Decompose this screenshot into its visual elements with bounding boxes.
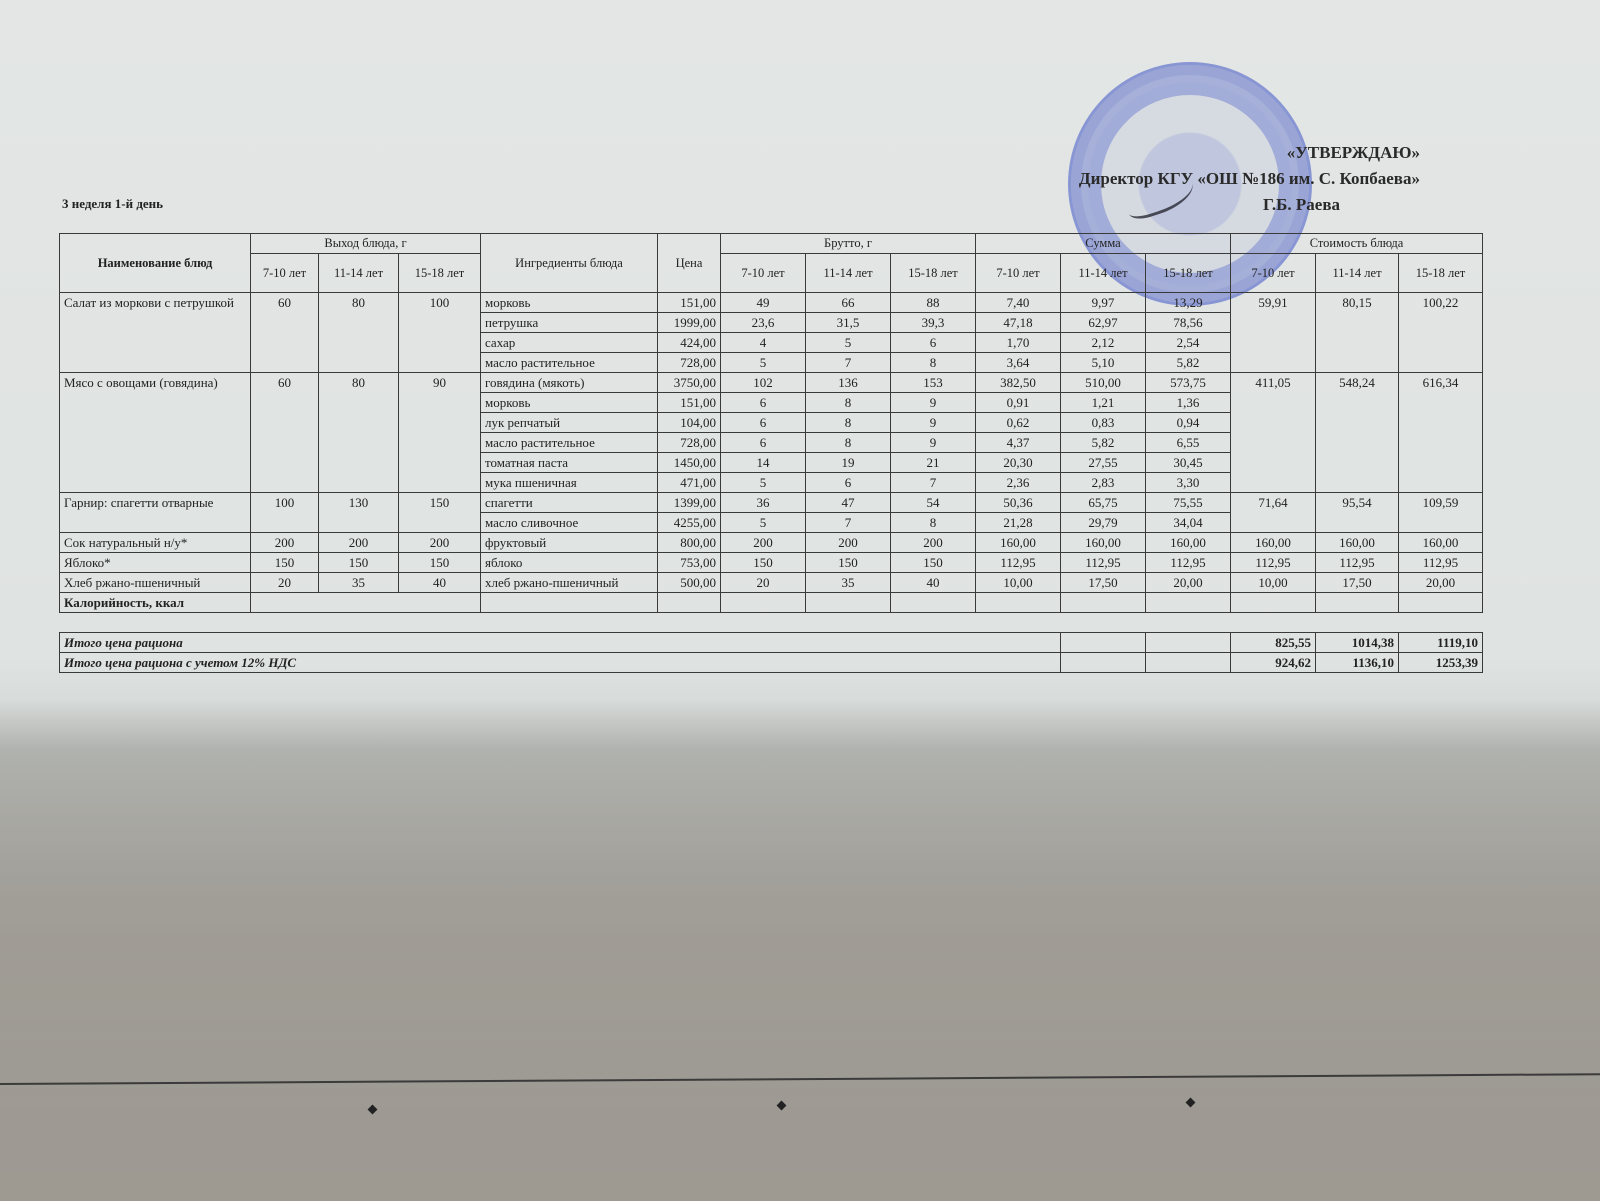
ingredient-price: 471,00 bbox=[658, 473, 721, 493]
ingredient-brutto: 47 bbox=[806, 493, 891, 513]
ingredient-brutto: 6 bbox=[721, 393, 806, 413]
calories-cell bbox=[481, 593, 658, 613]
ingredient-sum: 1,70 bbox=[976, 333, 1061, 353]
calories-label: Калорийность, ккал bbox=[60, 593, 251, 613]
dish-name: Сок натуральный н/у* bbox=[60, 533, 251, 553]
ingredient-sum: 75,55 bbox=[1146, 493, 1231, 513]
menu-table: Наименование блюд Выход блюда, г Ингреди… bbox=[59, 233, 1483, 613]
header-ingredients: Ингредиенты блюда bbox=[481, 234, 658, 293]
ingredient-sum: 47,18 bbox=[976, 313, 1061, 333]
approval-title: «УТВЕРЖДАЮ» bbox=[1079, 140, 1420, 166]
totals-empty-cell bbox=[1146, 653, 1231, 673]
ingredient-brutto: 150 bbox=[721, 553, 806, 573]
ingredient-price: 500,00 bbox=[658, 573, 721, 593]
ingredient-sum: 0,94 bbox=[1146, 413, 1231, 433]
dish-yield: 150 bbox=[251, 553, 319, 573]
totals-empty-cell bbox=[1061, 633, 1146, 653]
ingredient-brutto: 5 bbox=[721, 513, 806, 533]
ingredient-price: 104,00 bbox=[658, 413, 721, 433]
ingredient-price: 424,00 bbox=[658, 333, 721, 353]
ingredient-name: масло растительное bbox=[481, 353, 658, 373]
ingredient-name: хлеб ржано-пшеничный bbox=[481, 573, 658, 593]
header-brutto-age: 11-14 лет bbox=[806, 254, 891, 293]
ingredient-brutto: 9 bbox=[891, 393, 976, 413]
ingredient-brutto: 5 bbox=[721, 353, 806, 373]
binder-mark bbox=[777, 1101, 787, 1111]
ingredient-sum: 17,50 bbox=[1061, 573, 1146, 593]
ingredient-sum: 1,36 bbox=[1146, 393, 1231, 413]
calories-cell bbox=[1146, 593, 1231, 613]
header-sum-age: 11-14 лет bbox=[1061, 254, 1146, 293]
totals-empty-cell bbox=[1061, 653, 1146, 673]
dish-name: Гарнир: спагетти отварные bbox=[60, 493, 251, 533]
ingredient-brutto: 54 bbox=[891, 493, 976, 513]
ingredient-sum: 160,00 bbox=[1061, 533, 1146, 553]
header-yield: Выход блюда, г bbox=[251, 234, 481, 254]
dish-name: Мясо с овощами (говядина) bbox=[60, 373, 251, 493]
ingredient-brutto: 102 bbox=[721, 373, 806, 393]
dish-yield: 90 bbox=[399, 373, 481, 493]
approval-position: Директор КГУ «ОШ №186 им. С. Копбаева» bbox=[1079, 166, 1420, 192]
table-row: Мясо с овощами (говядина)608090говядина … bbox=[60, 373, 1483, 393]
ingredient-brutto: 136 bbox=[806, 373, 891, 393]
ingredient-price: 3750,00 bbox=[658, 373, 721, 393]
ingredient-sum: 29,79 bbox=[1061, 513, 1146, 533]
ingredient-brutto: 6 bbox=[891, 333, 976, 353]
ingredient-price: 800,00 bbox=[658, 533, 721, 553]
ingredient-brutto: 5 bbox=[721, 473, 806, 493]
ingredient-sum: 78,56 bbox=[1146, 313, 1231, 333]
ingredient-brutto: 7 bbox=[806, 353, 891, 373]
dish-yield: 80 bbox=[319, 373, 399, 493]
header-yield-age: 7-10 лет bbox=[251, 254, 319, 293]
calories-cell bbox=[891, 593, 976, 613]
dish-yield: 20 bbox=[251, 573, 319, 593]
ingredient-sum: 0,83 bbox=[1061, 413, 1146, 433]
ingredient-price: 4255,00 bbox=[658, 513, 721, 533]
ingredient-price: 1999,00 bbox=[658, 313, 721, 333]
dish-name: Салат из моркови с петрушкой bbox=[60, 293, 251, 373]
ingredient-sum: 2,36 bbox=[976, 473, 1061, 493]
ingredient-sum: 5,82 bbox=[1061, 433, 1146, 453]
calories-cell bbox=[1061, 593, 1146, 613]
ingredient-brutto: 8 bbox=[806, 393, 891, 413]
ingredient-sum: 5,10 bbox=[1061, 353, 1146, 373]
ingredient-sum: 112,95 bbox=[1061, 553, 1146, 573]
totals-label: Итого цена рациона bbox=[60, 633, 1061, 653]
ingredient-name: петрушка bbox=[481, 313, 658, 333]
ingredient-price: 753,00 bbox=[658, 553, 721, 573]
totals-value: 1014,38 bbox=[1316, 633, 1399, 653]
ingredient-brutto: 6 bbox=[721, 413, 806, 433]
ingredient-sum: 62,97 bbox=[1061, 313, 1146, 333]
binder-mark bbox=[1186, 1098, 1196, 1108]
calories-cell bbox=[976, 593, 1061, 613]
ingredient-sum: 112,95 bbox=[1146, 553, 1231, 573]
dish-yield: 150 bbox=[399, 553, 481, 573]
ingredient-sum: 2,83 bbox=[1061, 473, 1146, 493]
dish-yield: 60 bbox=[251, 373, 319, 493]
ingredient-price: 728,00 bbox=[658, 433, 721, 453]
table-row: Яблоко*150150150яблоко753,00150150150112… bbox=[60, 553, 1483, 573]
ingredient-brutto: 14 bbox=[721, 453, 806, 473]
calories-cell bbox=[806, 593, 891, 613]
header-sum: Сумма bbox=[976, 234, 1231, 254]
ingredient-sum: 13,29 bbox=[1146, 293, 1231, 313]
approval-block: «УТВЕРЖДАЮ» Директор КГУ «ОШ №186 им. С.… bbox=[1079, 140, 1420, 218]
calories-cell bbox=[1231, 593, 1316, 613]
dish-yield: 130 bbox=[319, 493, 399, 533]
ingredient-name: сахар bbox=[481, 333, 658, 353]
ingredient-sum: 34,04 bbox=[1146, 513, 1231, 533]
dish-cost: 548,24 bbox=[1316, 373, 1399, 493]
ingredient-sum: 9,97 bbox=[1061, 293, 1146, 313]
totals-value: 825,55 bbox=[1231, 633, 1316, 653]
ingredient-sum: 3,64 bbox=[976, 353, 1061, 373]
ingredient-brutto: 7 bbox=[806, 513, 891, 533]
calories-cell bbox=[1316, 593, 1399, 613]
ingredient-brutto: 20 bbox=[721, 573, 806, 593]
ingredient-name: говядина (мякоть) bbox=[481, 373, 658, 393]
dish-cost: 20,00 bbox=[1399, 573, 1483, 593]
ingredient-sum: 6,55 bbox=[1146, 433, 1231, 453]
header-brutto: Брутто, г bbox=[721, 234, 976, 254]
ingredient-price: 728,00 bbox=[658, 353, 721, 373]
ingredient-sum: 1,21 bbox=[1061, 393, 1146, 413]
ingredient-sum: 160,00 bbox=[1146, 533, 1231, 553]
dish-yield: 150 bbox=[319, 553, 399, 573]
dish-cost: 160,00 bbox=[1399, 533, 1483, 553]
header-brutto-age: 15-18 лет bbox=[891, 254, 976, 293]
totals-value: 1253,39 bbox=[1399, 653, 1483, 673]
ingredient-brutto: 150 bbox=[806, 553, 891, 573]
calories-yield-cell bbox=[251, 593, 481, 613]
dish-yield: 80 bbox=[319, 293, 399, 373]
header-price: Цена bbox=[658, 234, 721, 293]
dish-yield: 100 bbox=[251, 493, 319, 533]
ingredient-brutto: 200 bbox=[806, 533, 891, 553]
dish-cost: 112,95 bbox=[1316, 553, 1399, 573]
ingredient-sum: 4,37 bbox=[976, 433, 1061, 453]
ingredient-sum: 20,00 bbox=[1146, 573, 1231, 593]
ingredient-brutto: 9 bbox=[891, 413, 976, 433]
ingredient-brutto: 9 bbox=[891, 433, 976, 453]
dish-name: Яблоко* bbox=[60, 553, 251, 573]
ingredient-brutto: 7 bbox=[891, 473, 976, 493]
table-row: Гарнир: спагетти отварные100130150спагет… bbox=[60, 493, 1483, 513]
dish-cost: 112,95 bbox=[1231, 553, 1316, 573]
ingredient-brutto: 6 bbox=[721, 433, 806, 453]
ingredient-price: 1450,00 bbox=[658, 453, 721, 473]
table-row: Салат из моркови с петрушкой6080100морко… bbox=[60, 293, 1483, 313]
ingredient-brutto: 8 bbox=[806, 433, 891, 453]
dish-cost: 10,00 bbox=[1231, 573, 1316, 593]
ingredient-sum: 50,36 bbox=[976, 493, 1061, 513]
dish-cost: 71,64 bbox=[1231, 493, 1316, 533]
totals-row: Итого цена рациона825,551014,381119,10 bbox=[60, 633, 1483, 653]
header-dish-name: Наименование блюд bbox=[60, 234, 251, 293]
table-row: Хлеб ржано-пшеничный203540хлеб ржано-пше… bbox=[60, 573, 1483, 593]
fold-line bbox=[0, 1073, 1600, 1085]
dish-yield: 60 bbox=[251, 293, 319, 373]
totals-value: 1119,10 bbox=[1399, 633, 1483, 653]
header-cost-age: 15-18 лет bbox=[1399, 254, 1483, 293]
dish-yield: 150 bbox=[399, 493, 481, 533]
ingredient-sum: 3,30 bbox=[1146, 473, 1231, 493]
dish-yield: 35 bbox=[319, 573, 399, 593]
ingredient-brutto: 200 bbox=[891, 533, 976, 553]
ingredient-sum: 30,45 bbox=[1146, 453, 1231, 473]
ingredient-brutto: 40 bbox=[891, 573, 976, 593]
ingredient-brutto: 8 bbox=[891, 353, 976, 373]
ingredient-brutto: 150 bbox=[891, 553, 976, 573]
ingredient-brutto: 6 bbox=[806, 473, 891, 493]
dish-cost: 59,91 bbox=[1231, 293, 1316, 373]
ingredient-brutto: 66 bbox=[806, 293, 891, 313]
ingredient-brutto: 19 bbox=[806, 453, 891, 473]
ingredient-sum: 2,12 bbox=[1061, 333, 1146, 353]
ingredient-brutto: 8 bbox=[891, 513, 976, 533]
dish-cost: 616,34 bbox=[1399, 373, 1483, 493]
ingredient-sum: 65,75 bbox=[1061, 493, 1146, 513]
ingredient-name: яблоко bbox=[481, 553, 658, 573]
ingredient-brutto: 153 bbox=[891, 373, 976, 393]
ingredient-name: мука пшеничная bbox=[481, 473, 658, 493]
table-row: Сок натуральный н/у*200200200фруктовый80… bbox=[60, 533, 1483, 553]
ingredient-brutto: 200 bbox=[721, 533, 806, 553]
ingredient-sum: 2,54 bbox=[1146, 333, 1231, 353]
totals-empty-cell bbox=[1146, 633, 1231, 653]
ingredient-name: спагетти bbox=[481, 493, 658, 513]
header-cost-age: 7-10 лет bbox=[1231, 254, 1316, 293]
totals-value: 1136,10 bbox=[1316, 653, 1399, 673]
ingredient-brutto: 23,6 bbox=[721, 313, 806, 333]
header-brutto-age: 7-10 лет bbox=[721, 254, 806, 293]
binder-mark bbox=[368, 1105, 378, 1115]
totals-label: Итого цена рациона с учетом 12% НДС bbox=[60, 653, 1061, 673]
dish-yield: 40 bbox=[399, 573, 481, 593]
dish-cost: 95,54 bbox=[1316, 493, 1399, 533]
calories-cell bbox=[721, 593, 806, 613]
ingredient-brutto: 4 bbox=[721, 333, 806, 353]
dish-cost: 160,00 bbox=[1316, 533, 1399, 553]
ingredient-sum: 7,40 bbox=[976, 293, 1061, 313]
ingredient-brutto: 36 bbox=[721, 493, 806, 513]
ingredient-name: масло растительное bbox=[481, 433, 658, 453]
calories-cell bbox=[1399, 593, 1483, 613]
dish-cost: 109,59 bbox=[1399, 493, 1483, 533]
header-cost: Стоимость блюда bbox=[1231, 234, 1483, 254]
dish-cost: 160,00 bbox=[1231, 533, 1316, 553]
ingredient-brutto: 21 bbox=[891, 453, 976, 473]
header-sum-age: 7-10 лет bbox=[976, 254, 1061, 293]
calories-row: Калорийность, ккал bbox=[60, 593, 1483, 613]
ingredient-sum: 0,91 bbox=[976, 393, 1061, 413]
ingredient-sum: 0,62 bbox=[976, 413, 1061, 433]
dish-cost: 80,15 bbox=[1316, 293, 1399, 373]
ingredient-brutto: 8 bbox=[806, 413, 891, 433]
ingredient-sum: 573,75 bbox=[1146, 373, 1231, 393]
ingredient-name: лук репчатый bbox=[481, 413, 658, 433]
ingredient-name: томатная паста bbox=[481, 453, 658, 473]
dish-yield: 200 bbox=[319, 533, 399, 553]
dish-cost: 411,05 bbox=[1231, 373, 1316, 493]
ingredient-brutto: 39,3 bbox=[891, 313, 976, 333]
ingredient-sum: 5,82 bbox=[1146, 353, 1231, 373]
ingredient-brutto: 35 bbox=[806, 573, 891, 593]
ingredient-price: 1399,00 bbox=[658, 493, 721, 513]
totals-row: Итого цена рациона с учетом 12% НДС924,6… bbox=[60, 653, 1483, 673]
ingredient-name: масло сливочное bbox=[481, 513, 658, 533]
ingredient-price: 151,00 bbox=[658, 293, 721, 313]
header-yield-age: 15-18 лет bbox=[399, 254, 481, 293]
header-sum-age: 15-18 лет bbox=[1146, 254, 1231, 293]
ingredient-sum: 21,28 bbox=[976, 513, 1061, 533]
ingredient-sum: 510,00 bbox=[1061, 373, 1146, 393]
dish-yield: 100 bbox=[399, 293, 481, 373]
ingredient-name: морковь bbox=[481, 393, 658, 413]
calories-cell bbox=[658, 593, 721, 613]
approval-signatory: Г.Б. Раева bbox=[1079, 192, 1340, 218]
ingredient-brutto: 31,5 bbox=[806, 313, 891, 333]
ingredient-brutto: 5 bbox=[806, 333, 891, 353]
ingredient-sum: 10,00 bbox=[976, 573, 1061, 593]
totals-value: 924,62 bbox=[1231, 653, 1316, 673]
week-day-label: 3 неделя 1-й день bbox=[62, 196, 163, 212]
dish-cost: 100,22 bbox=[1399, 293, 1483, 373]
ingredient-brutto: 49 bbox=[721, 293, 806, 313]
dish-name: Хлеб ржано-пшеничный bbox=[60, 573, 251, 593]
totals-table: Итого цена рациона825,551014,381119,10Ит… bbox=[59, 632, 1483, 673]
dish-yield: 200 bbox=[251, 533, 319, 553]
dish-cost: 112,95 bbox=[1399, 553, 1483, 573]
photo-shadow bbox=[0, 700, 1600, 1201]
ingredient-sum: 112,95 bbox=[976, 553, 1061, 573]
ingredient-sum: 20,30 bbox=[976, 453, 1061, 473]
ingredient-sum: 382,50 bbox=[976, 373, 1061, 393]
ingredient-sum: 160,00 bbox=[976, 533, 1061, 553]
header-yield-age: 11-14 лет bbox=[319, 254, 399, 293]
ingredient-brutto: 88 bbox=[891, 293, 976, 313]
dish-yield: 200 bbox=[399, 533, 481, 553]
ingredient-sum: 27,55 bbox=[1061, 453, 1146, 473]
header-cost-age: 11-14 лет bbox=[1316, 254, 1399, 293]
ingredient-name: морковь bbox=[481, 293, 658, 313]
ingredient-price: 151,00 bbox=[658, 393, 721, 413]
dish-cost: 17,50 bbox=[1316, 573, 1399, 593]
ingredient-name: фруктовый bbox=[481, 533, 658, 553]
